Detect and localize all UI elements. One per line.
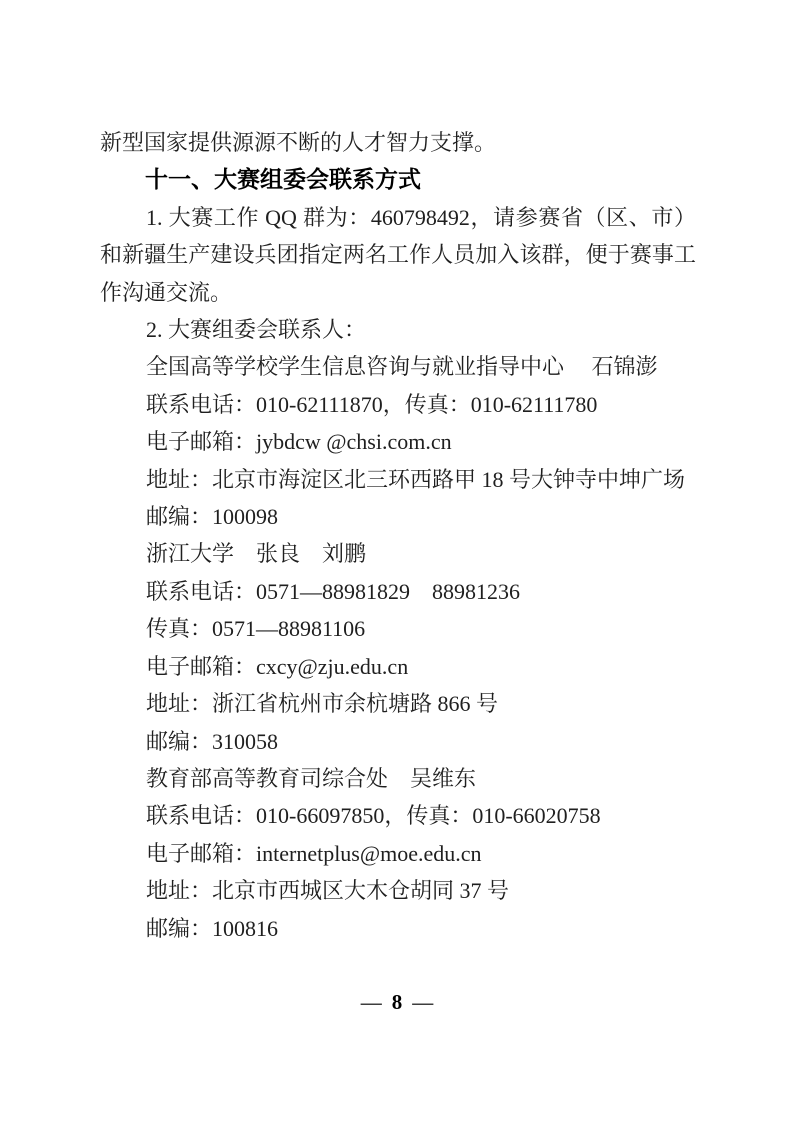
contact2-org-person-line: 浙江大学 张良 刘鹏 — [100, 535, 696, 572]
contact1-phone-fax-line: 联系电话：010-62111870，传真：010-62111780 — [100, 386, 696, 423]
paragraph-qq-group: 1. 大赛工作 QQ 群为：460798492，请参赛省（区、市）和新疆生产建设… — [100, 199, 696, 311]
contact2-phone-line: 联系电话：0571—88981829 88981236 — [100, 573, 696, 610]
contact1-email-line: 电子邮箱：jybdcw @chsi.com.cn — [100, 423, 696, 460]
contact2-postcode-line: 邮编：310058 — [100, 723, 696, 760]
contacts-list-label: 2. 大赛组委会联系人： — [100, 311, 696, 348]
section-heading: 十一、大赛组委会联系方式 — [100, 161, 696, 198]
contact2-address-line: 地址：浙江省杭州市余杭塘路 866 号 — [100, 685, 696, 722]
document-body: 新型国家提供源源不断的人才智力支撑。 十一、大赛组委会联系方式 1. 大赛工作 … — [100, 124, 696, 947]
contact2-fax-line: 传真：0571—88981106 — [100, 610, 696, 647]
contact3-org-person-line: 教育部高等教育司综合处 吴维东 — [100, 760, 696, 797]
contact1-org-person-line: 全国高等学校学生信息咨询与就业指导中心 石锦澎 — [100, 348, 696, 385]
document-page: 新型国家提供源源不断的人才智力支撑。 十一、大赛组委会联系方式 1. 大赛工作 … — [0, 0, 794, 1123]
footer-right-dash: — — [412, 990, 433, 1014]
contact3-phone-fax-line: 联系电话：010-66097850，传真：010-66020758 — [100, 797, 696, 834]
contact3-email-line: 电子邮箱：internetplus@moe.edu.cn — [100, 835, 696, 872]
contact3-postcode-line: 邮编：100816 — [100, 910, 696, 947]
contact1-address-line: 地址：北京市海淀区北三环西路甲 18 号大钟寺中坤广场 — [100, 461, 696, 498]
page-footer: —8— — [0, 987, 794, 1017]
previous-paragraph-tail: 新型国家提供源源不断的人才智力支撑。 — [100, 124, 696, 161]
footer-left-dash: — — [361, 990, 382, 1014]
contact1-postcode-line: 邮编：100098 — [100, 498, 696, 535]
page-number: 8 — [392, 990, 403, 1014]
contact3-address-line: 地址：北京市西城区大木仓胡同 37 号 — [100, 872, 696, 909]
contact2-email-line: 电子邮箱：cxcy@zju.edu.cn — [100, 648, 696, 685]
